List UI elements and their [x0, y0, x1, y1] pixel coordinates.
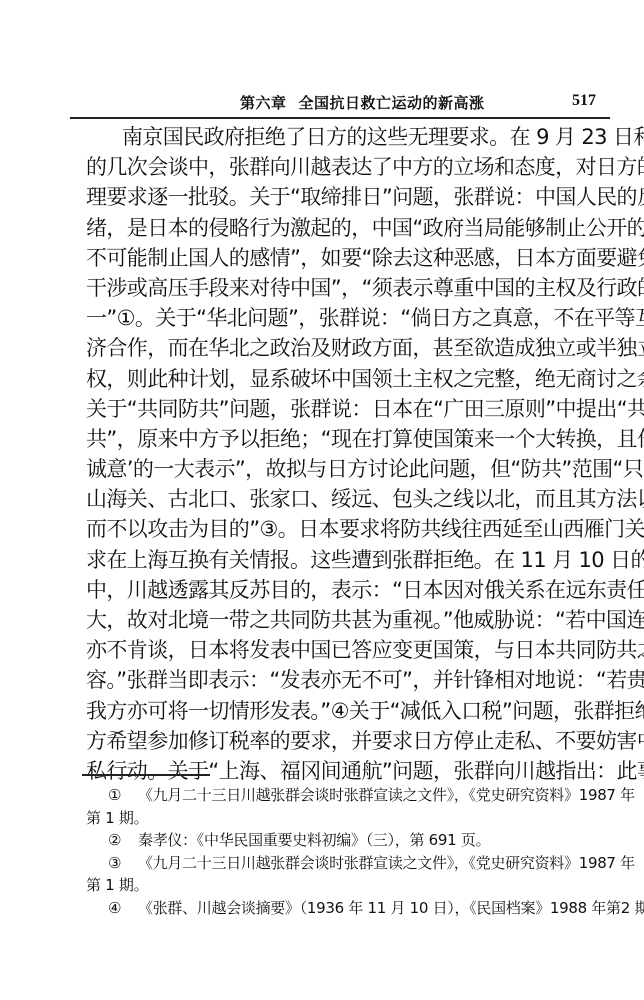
- text-line: 南京国民政府拒绝了日方的这些无理要求。在 9 月 23 日和后来: [86, 122, 598, 152]
- footnotes: ①《九月二十三日川越张群会谈时张群宣读之文件》，《党史研究资料》1987 年 第…: [86, 784, 598, 919]
- text-line: 私行动。关于“上海、福冈间通航”问题，张群向川越指出：此事“与贵国: [86, 756, 598, 786]
- footnote-text: 秦孝仪：《中华民国重要史料初编》（三），第 691 页。: [138, 831, 490, 849]
- text-line: 一”①。关于“华北问题”，张群说：“倘日方之真意，不在平等互惠之经: [86, 303, 598, 333]
- footnote-text: 《张群、川越会谈摘要》（1936 年 11 月 10 日），《民国档案》1988…: [138, 899, 644, 917]
- text-line: 容。”张群当即表示：“发表亦无不可”，并针锋相对地说：“若贵方发表，: [86, 665, 598, 695]
- chapter-number: 第六章: [240, 94, 287, 112]
- chapter-title: 全国抗日救亡运动的新高涨: [299, 94, 485, 112]
- text-line: 济合作，而在华北之政治及财政方面，甚至欲造成独立或半独立之政: [86, 333, 598, 363]
- text-line: 我方亦可将一切情形发表。”④关于“减低入口税”问题，张群拒绝了日: [86, 696, 598, 726]
- footnote-marker: ③: [108, 852, 138, 875]
- text-line: 诚意’的一大表示”，故拟与日方讨论此问题，但“防共”范围“只限于从: [86, 454, 598, 484]
- footnote-rule: [82, 774, 210, 776]
- text-line: 亦不肯谈，日本将发表中国已答应变更国策，与日本共同防共之谈话内: [86, 635, 598, 665]
- footnote-3-continuation: 第 1 期。: [86, 874, 598, 897]
- footnote-2: ②秦孝仪：《中华民国重要史料初编》（三），第 691 页。: [86, 829, 598, 852]
- text-line: 而不以攻击为目的”③。日本要求将防共线往西延至山西雁门关，并要: [86, 514, 598, 544]
- text-line: 不可能制止国人的感情”，如要“除去这种恶感，日本方面要避免以武力: [86, 243, 598, 273]
- text-line: 干涉或高压手段来对待中国”，“须表示尊重中国的主权及行政的统: [86, 273, 598, 303]
- footnote-text: 《九月二十三日川越张群会谈时张群宣读之文件》，《党史研究资料》1987 年: [138, 854, 635, 872]
- footnote-marker: ②: [108, 829, 138, 852]
- running-header: 第六章全国抗日救亡运动的新高涨 517: [70, 90, 610, 118]
- footnote-4: ④《张群、川越会谈摘要》（1936 年 11 月 10 日），《民国档案》198…: [86, 897, 598, 920]
- text-line: 方希望参加修订税率的要求，并要求日方停止走私、不要妨害中方的缉: [86, 726, 598, 756]
- body-paragraph: 南京国民政府拒绝了日方的这些无理要求。在 9 月 23 日和后来 的几次会谈中，…: [86, 122, 598, 786]
- footnote-marker: ①: [108, 784, 138, 807]
- text-line: 绪，是日本的侵略行为激起的，中国“政府当局能够制止公开的行为，却: [86, 213, 598, 243]
- chapter-heading: 第六章全国抗日救亡运动的新高涨: [240, 92, 485, 113]
- text-line: 共”，原来中方予以拒绝；“现在打算使国策来一个大转换，且作为‘对日: [86, 424, 598, 454]
- text-line: 求在上海互换有关情报。这些遭到张群拒绝。在 11 月 10 日的会谈: [86, 545, 598, 575]
- footnote-3: ③《九月二十三日川越张群会谈时张群宣读之文件》，《党史研究资料》1987 年: [86, 852, 598, 875]
- text-line: 山海关、古北口、张家口、绥远、包头之线以北，而且其方法以防御为主，: [86, 484, 598, 514]
- footnote-text: 《九月二十三日川越张群会谈时张群宣读之文件》，《党史研究资料》1987 年: [138, 786, 635, 804]
- text-line: 关于“共同防共”问题，张群说：日本在“广田三原则”中提出“共同防: [86, 394, 598, 424]
- page-number: 517: [572, 92, 596, 110]
- footnote-marker: ④: [108, 897, 138, 920]
- header-rule: [70, 117, 610, 119]
- text-line: 的几次会谈中，张群向川越表达了中方的立场和态度，对日方的 7 项无: [86, 152, 598, 182]
- footnote-1: ①《九月二十三日川越张群会谈时张群宣读之文件》，《党史研究资料》1987 年: [86, 784, 598, 807]
- footnote-1-continuation: 第 1 期。: [86, 807, 598, 830]
- text-line: 理要求逐一批驳。关于“取缔排日”问题，张群说：中国人民的反日情: [86, 182, 598, 212]
- text-line: 权，则此种计划，显系破坏中国领土主权之完整，绝无商讨之余地。”②: [86, 364, 598, 394]
- text-line: 中，川越透露其反苏目的，表示：“日本因对俄关系在远东责任非常重: [86, 575, 598, 605]
- text-line: 大，故对北境一带之共同防共甚为重视。”他威胁说：“若中国连此问题: [86, 605, 598, 635]
